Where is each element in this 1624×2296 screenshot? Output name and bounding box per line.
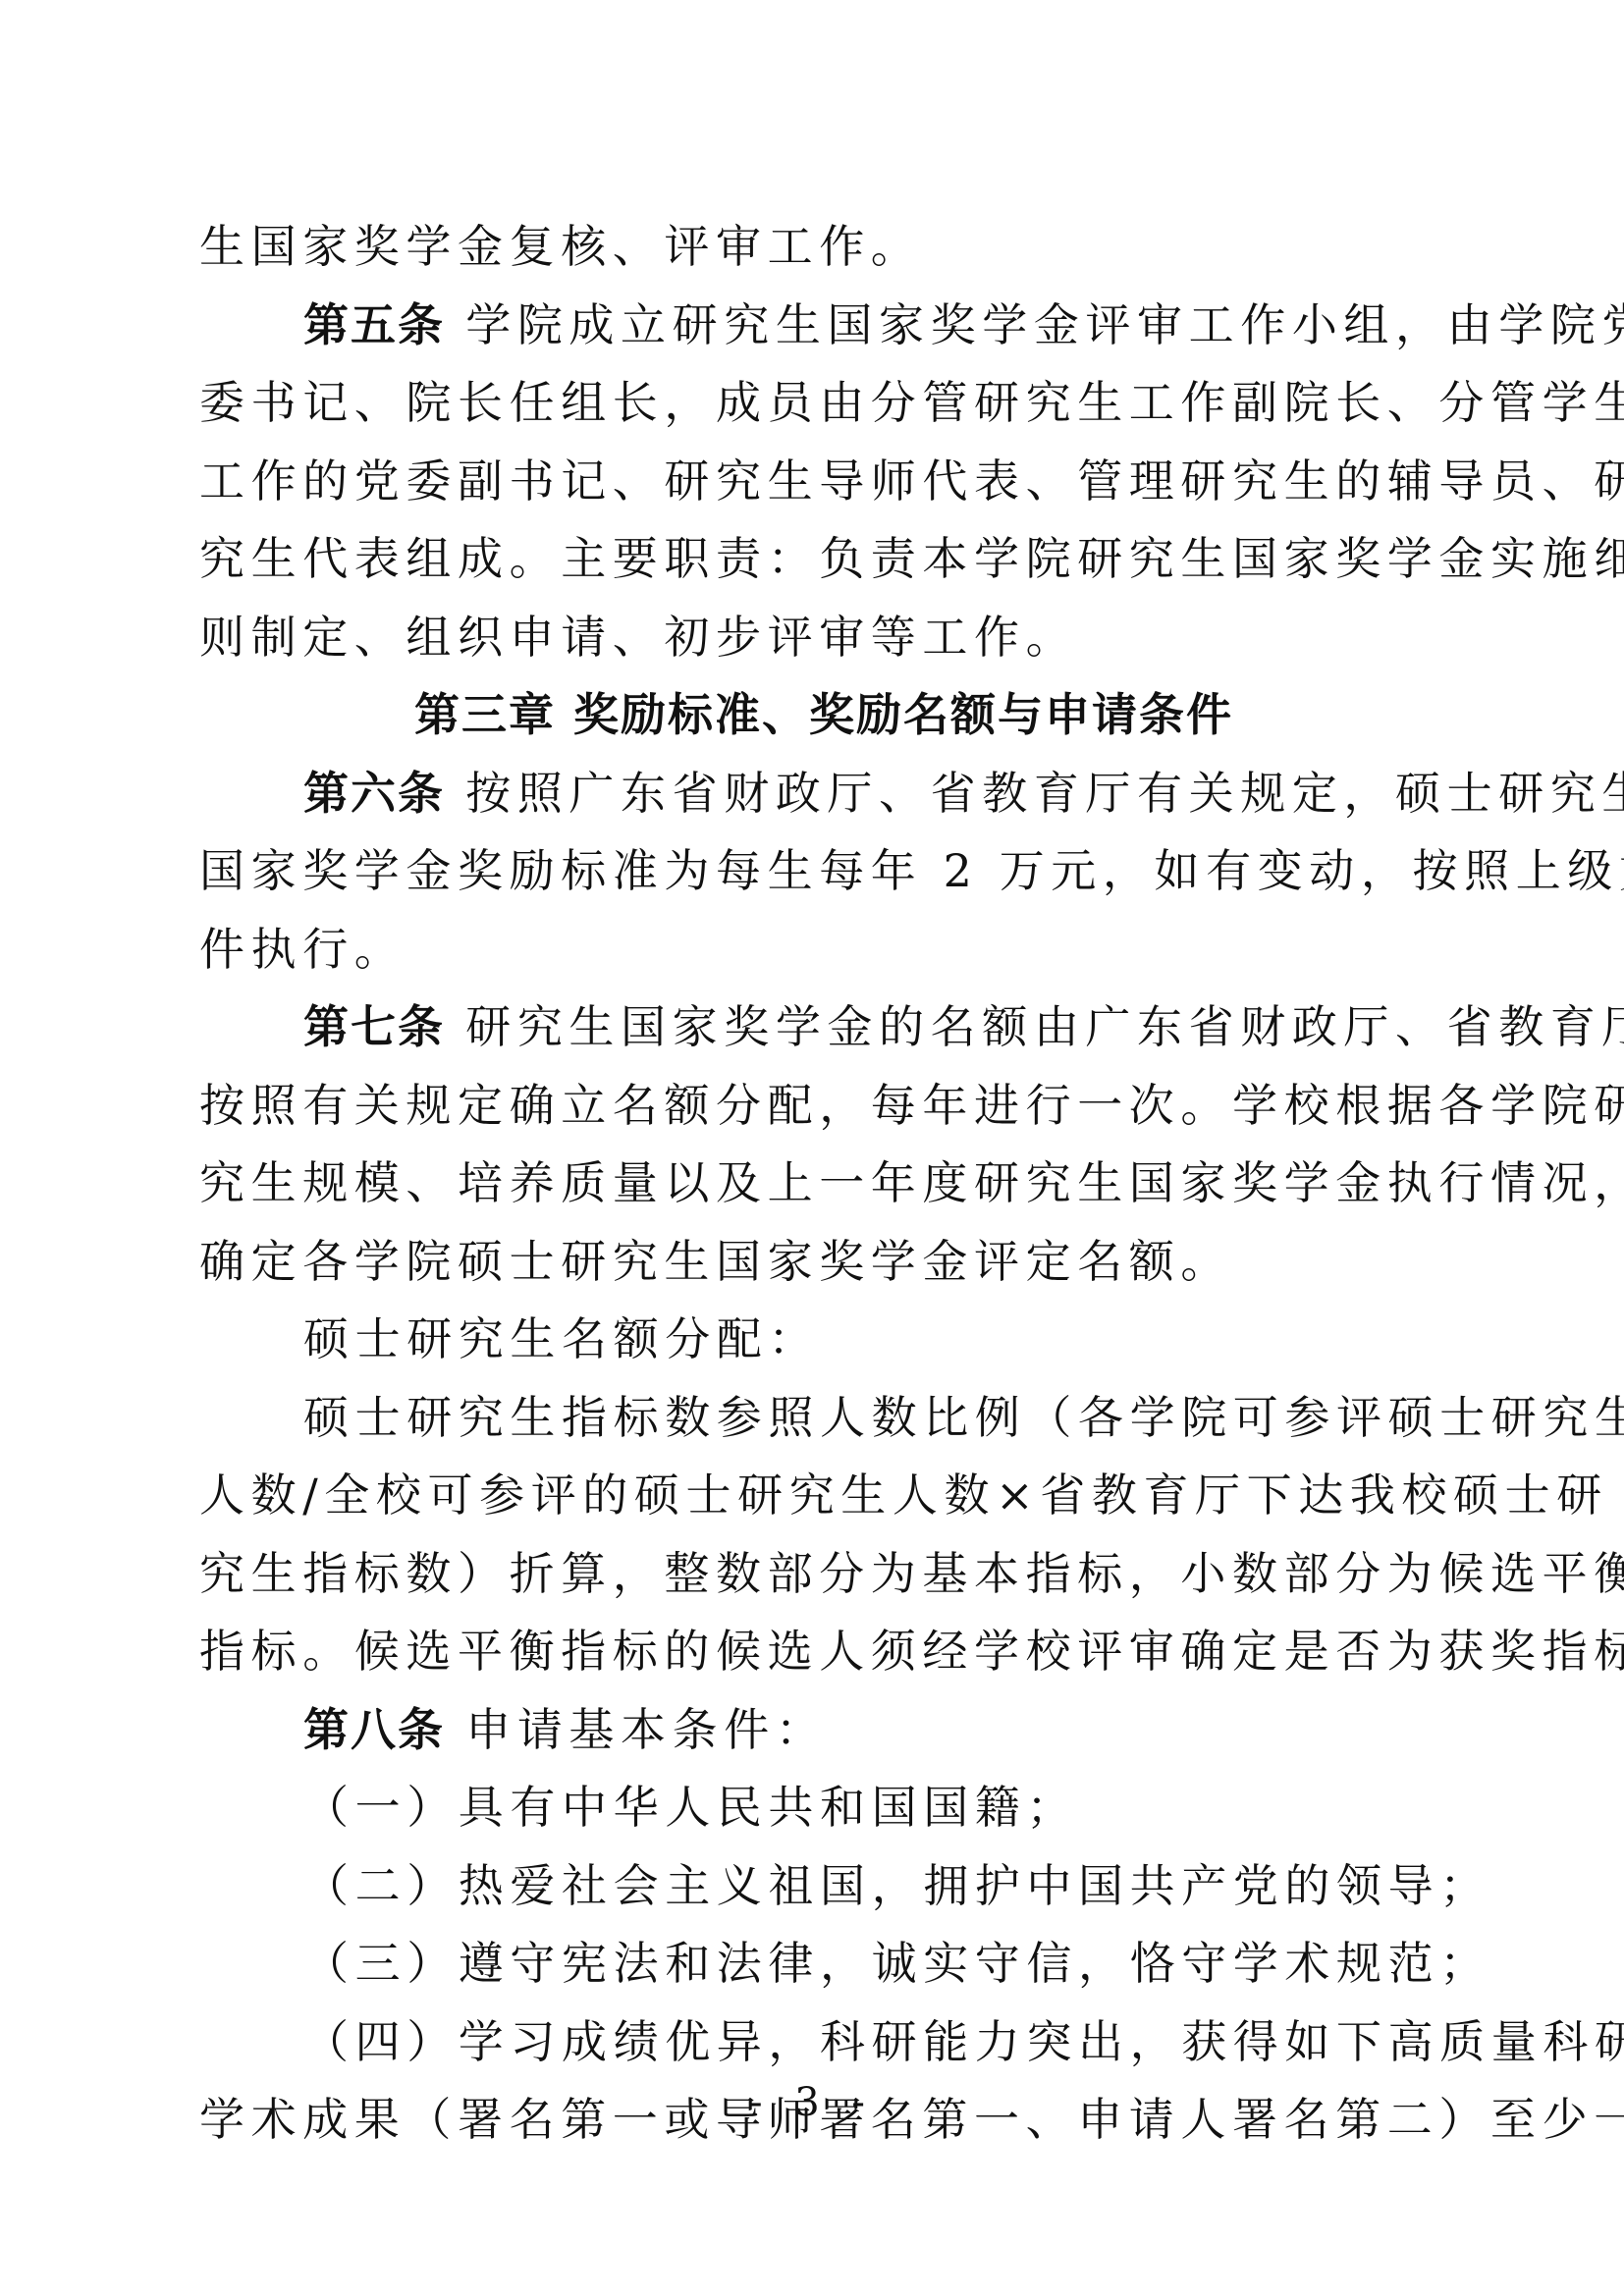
article-5-line: 第五条 学院成立研究生国家奖学金评审工作小组，由学院党 bbox=[199, 287, 1448, 365]
article-6-line: 第六条 按照广东省财政厅、省教育厅有关规定，硕士研究生 bbox=[199, 755, 1448, 833]
article-text: 研究生国家奖学金的名额由广东省财政厅、省教育厅 bbox=[465, 1000, 1624, 1053]
article-text: 申请基本条件： bbox=[465, 1703, 827, 1756]
article-text: 按照广东省财政厅、省教育厅有关规定，硕士研究生 bbox=[465, 767, 1624, 820]
paragraph-line: 硕士研究生指标数参照人数比例（各学院可参评硕士研究生 bbox=[199, 1379, 1448, 1458]
paragraph-line: 究生代表组成。主要职责：负责本学院研究生国家奖学金实施细 bbox=[199, 520, 1448, 599]
article-label: 第五条 bbox=[303, 298, 445, 351]
paragraph-line: 按照有关规定确立名额分配，每年进行一次。学校根据各学院研 bbox=[199, 1067, 1448, 1146]
list-item: （二）热爱社会主义祖国，拥护中国共产党的领导； bbox=[199, 1847, 1448, 1926]
article-label: 第六条 bbox=[303, 767, 445, 820]
paragraph-line: 人数/全校可参评的硕士研究生人数×省教育厅下达我校硕士研 bbox=[199, 1457, 1448, 1535]
paragraph-line: 究生规模、培养质量以及上一年度研究生国家奖学金执行情况， bbox=[199, 1145, 1448, 1223]
document-page: 生国家奖学金复核、评审工作。 第五条 学院成立研究生国家奖学金评审工作小组，由学… bbox=[199, 208, 1448, 2160]
paragraph-line: 则制定、组织申请、初步评审等工作。 bbox=[199, 599, 1448, 677]
paragraph-line: 究生指标数）折算，整数部分为基本指标，小数部分为候选平衡 bbox=[199, 1535, 1448, 1614]
chapter-heading: 第三章 奖励标准、奖励名额与申请条件 bbox=[199, 676, 1448, 755]
list-item: （四）学习成绩优异，科研能力突出，获得如下高质量科研 bbox=[199, 2003, 1448, 2082]
paragraph-line: 硕士研究生名额分配： bbox=[199, 1301, 1448, 1379]
paragraph-line: 指标。候选平衡指标的候选人须经学校评审确定是否为获奖指标。 bbox=[199, 1613, 1448, 1691]
article-text: 学院成立研究生国家奖学金评审工作小组，由学院党 bbox=[465, 298, 1624, 351]
article-8-line: 第八条 申请基本条件： bbox=[199, 1691, 1448, 1770]
article-label: 第八条 bbox=[303, 1703, 445, 1756]
paragraph-line: 国家奖学金奖励标准为每生每年 2 万元，如有变动，按照上级文 bbox=[199, 832, 1448, 911]
article-7-line: 第七条 研究生国家奖学金的名额由广东省财政厅、省教育厅 bbox=[199, 988, 1448, 1067]
page-number: - 3 - bbox=[0, 2073, 1624, 2132]
paragraph-line: 确定各学院硕士研究生国家奖学金评定名额。 bbox=[199, 1223, 1448, 1302]
paragraph-line: 委书记、院长任组长，成员由分管研究生工作副院长、分管学生 bbox=[199, 364, 1448, 443]
paragraph-line: 生国家奖学金复核、评审工作。 bbox=[199, 208, 1448, 287]
article-label: 第七条 bbox=[303, 1000, 445, 1053]
list-item: （一）具有中华人民共和国国籍； bbox=[199, 1769, 1448, 1847]
list-item: （三）遵守宪法和法律，诚实守信，恪守学术规范； bbox=[199, 1925, 1448, 2003]
paragraph-line: 件执行。 bbox=[199, 911, 1448, 989]
paragraph-line: 工作的党委副书记、研究生导师代表、管理研究生的辅导员、研 bbox=[199, 443, 1448, 521]
